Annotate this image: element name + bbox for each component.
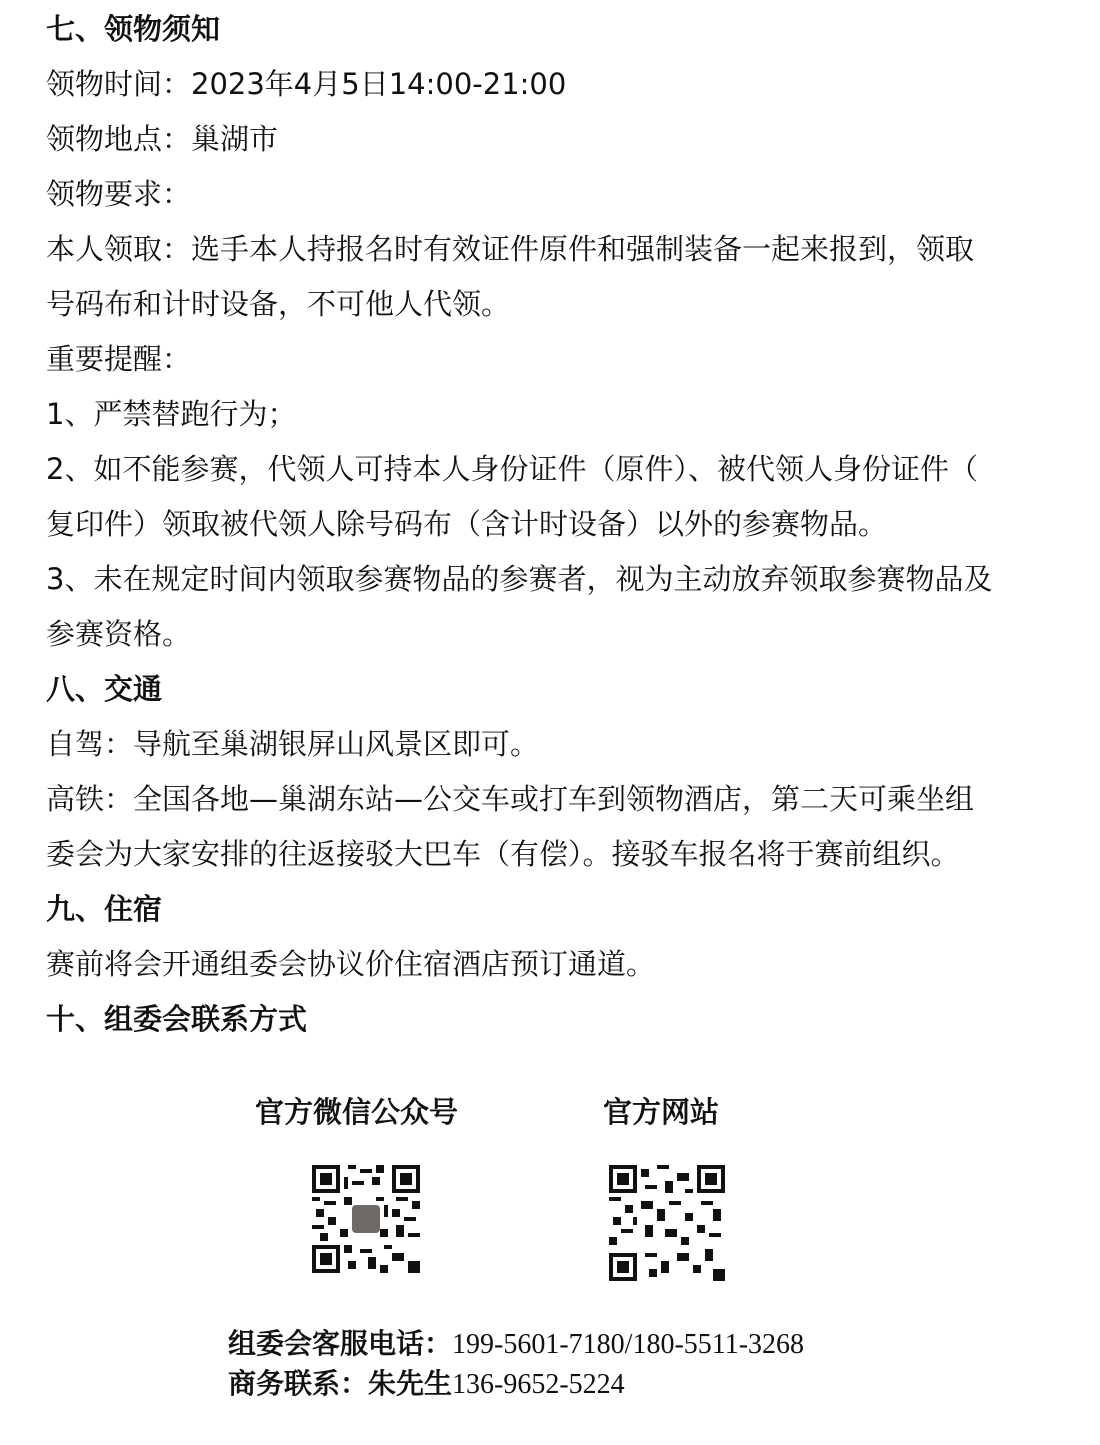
- website-qr-title: 官方网站: [603, 1090, 719, 1131]
- hotline-row: 组委会客服电话：199-5601-7180/180-5511-3268: [228, 1322, 804, 1362]
- transport-drive: 自驾：导航至巢湖银屏山风景区即可。: [46, 717, 1056, 772]
- reminder-item-3: 3、未在规定时间内领取参赛物品的参赛者，视为主动放弃领取参赛物品及: [46, 552, 1056, 607]
- reminder-item-1: 1、严禁替跑行为；: [46, 387, 1056, 442]
- transport-rail: 高铁：全国各地—巢湖东站—公交车或打车到领物酒店，第二天可乘坐组: [46, 772, 1056, 827]
- reminder-item-3-cont: 参赛资格。: [46, 607, 1056, 662]
- pickup-location: 领物地点：巢湖市: [46, 112, 1056, 167]
- transport-rail-cont: 委会为大家安排的往返接驳大巴车（有偿）。接驳车报名将于赛前组织。: [46, 827, 1056, 882]
- reminder-item-2: 2、如不能参赛，代领人可持本人身份证件（原件）、被代领人身份证件（: [46, 442, 1056, 497]
- wechat-qr-code[interactable]: [312, 1165, 420, 1273]
- self-pickup-text: 本人领取：选手本人持报名时有效证件原件和强制装备一起来报到，领取: [46, 222, 1056, 277]
- reminder-item-2-cont: 复印件）领取被代领人除号码布（含计时设备）以外的参赛物品。: [46, 497, 1056, 552]
- business-label: 商务联系：: [228, 1367, 368, 1400]
- reminder-label: 重要提醒：: [46, 332, 1056, 387]
- hotline-value[interactable]: 199-5601-7180/180-5511-3268: [452, 1329, 804, 1360]
- pickup-requirements-label: 领物要求：: [46, 167, 1056, 222]
- section-heading-transport: 八、交通: [46, 662, 1056, 717]
- wechat-qr-title: 官方微信公众号: [255, 1090, 458, 1131]
- section-heading-contact: 十、组委会联系方式: [46, 992, 1056, 1047]
- website-qr-code[interactable]: [609, 1165, 725, 1281]
- hotline-label: 组委会客服电话：: [228, 1327, 452, 1360]
- self-pickup-text-cont: 号码布和计时设备，不可他人代领。: [46, 277, 1056, 332]
- business-phone[interactable]: 136-9652-5224: [452, 1369, 625, 1400]
- business-name: 朱先生: [368, 1367, 452, 1400]
- business-contact-row: 商务联系：朱先生136-9652-5224: [228, 1362, 625, 1402]
- lodging-text: 赛前将会开通组委会协议价住宿酒店预订通道。: [46, 937, 1056, 992]
- pickup-time: 领物时间：2023年4月5日14:00-21:00: [46, 57, 1056, 112]
- document-body: 七、领物须知 领物时间：2023年4月5日14:00-21:00 领物地点：巢湖…: [46, 0, 1056, 1047]
- section-heading-lodging: 九、住宿: [46, 882, 1056, 937]
- section-heading-pickup: 七、领物须知: [46, 2, 1056, 57]
